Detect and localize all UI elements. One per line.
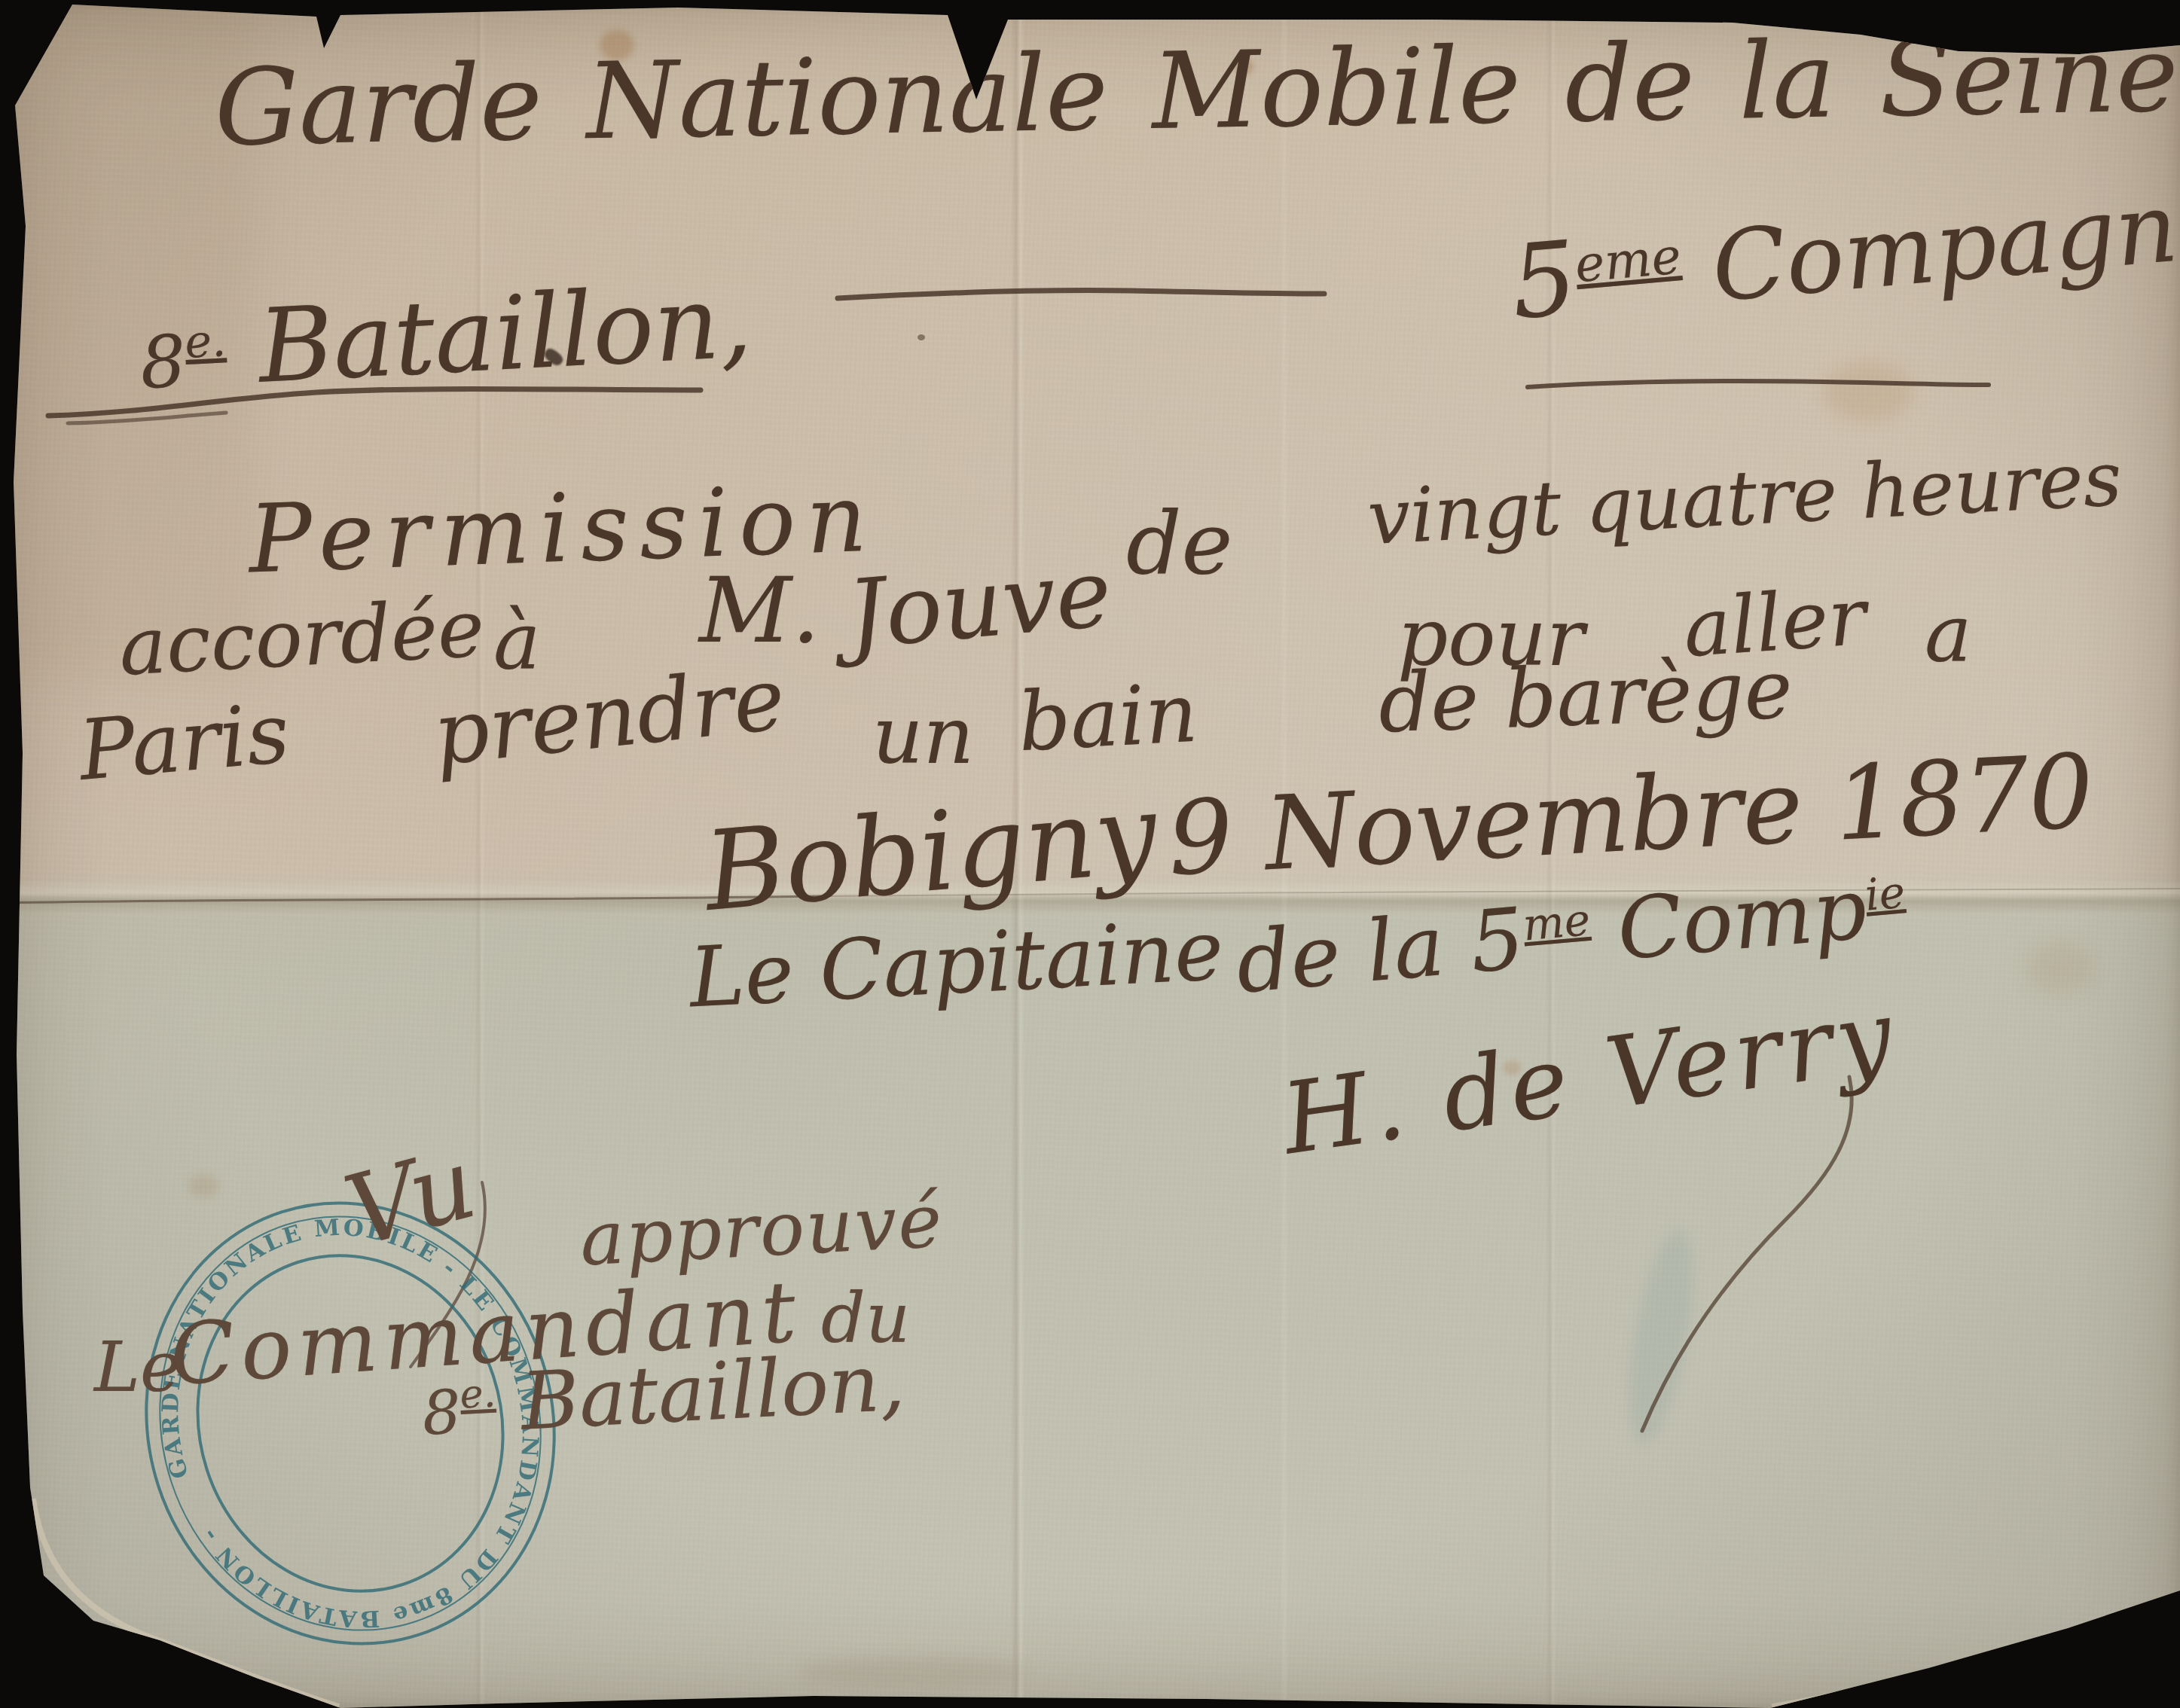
word-un: un	[872, 697, 974, 776]
approval-le: Le	[94, 1333, 182, 1402]
paper-document: GARDE NATIONALE MOBILE - LE COMMANDANT D…	[0, 0, 2180, 1708]
tear-highlight-bottom-right	[1772, 1597, 2178, 1706]
word-name-jouve: Jouve	[844, 546, 1115, 663]
word-bain: bain	[1016, 673, 1199, 764]
underline-compagnie	[1528, 381, 1989, 387]
word-a2: a	[1925, 595, 1972, 674]
word-paris: Paris	[76, 691, 292, 792]
crease-crack-left	[0, 896, 821, 903]
right-unit-sup: eme	[1573, 227, 1684, 294]
left-unit-sup: e.	[184, 314, 227, 369]
divider-line-center	[838, 290, 1324, 298]
left-unit-text: 8e. Bataillon,	[137, 270, 754, 404]
title-text: Garde Nationale Mobile de la Seine	[214, 22, 2179, 161]
capitaine-sup1: me	[1521, 894, 1592, 951]
approval-bataillon: 8e. Bataillon,	[420, 1343, 907, 1447]
capitaine-sup2: ie	[1863, 866, 1907, 920]
word-de: de	[1126, 501, 1233, 587]
approval-bataillon-number: 8	[420, 1377, 463, 1449]
right-unit-number: 5	[1507, 219, 1581, 343]
approval-approuve: approuvé	[579, 1184, 945, 1276]
photo-backdrop: GARDE NATIONALE MOBILE - LE COMMANDANT D…	[0, 0, 2180, 1708]
word-de-barege: de barège	[1377, 649, 1794, 745]
approval-vu: Vu	[336, 1133, 484, 1261]
word-accordee: accordée	[118, 589, 487, 687]
signature-flourish	[1642, 1077, 1852, 1431]
word-m: M.	[699, 566, 820, 657]
word-a1: à	[493, 602, 541, 682]
approval-bataillon-sup: e.	[459, 1371, 496, 1417]
left-unit-number: 8	[138, 320, 188, 405]
